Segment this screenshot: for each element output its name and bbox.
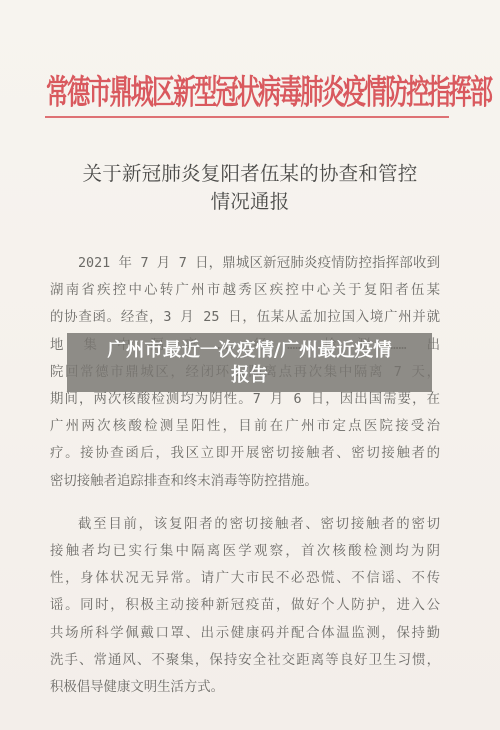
body-line: 谣。同时，积极主动接种新冠疫苗，做好个人防护，进入公 [50, 592, 440, 619]
body-line: 洗手、常通风、不聚集，保持安全社交距离等良好卫生习惯， [50, 647, 440, 674]
title-line-1: 关于新冠肺炎复阳者伍某的协查和管控 [50, 160, 450, 188]
caption-line-1: 广州市最近一次疫情/广州最近疫情 [67, 338, 432, 363]
caption-overlay: 广州市最近一次疫情/广州最近疫情 报告 [67, 333, 432, 392]
body-line: 共场所科学佩戴口罩、出示健康码并配合体温监测，保持勤 [50, 620, 440, 647]
masthead-divider [45, 116, 449, 118]
body-line: 密切接触者追踪排查和终末消毒等防控措施。 [50, 468, 440, 495]
paragraph-gap [50, 495, 440, 511]
body-line: 截至目前，该复阳者的密切接触者、密切接触者的密切 [50, 511, 440, 538]
document-masthead: 常德市鼎城区新型冠状病毒肺炎疫情防控指挥部 [46, 66, 450, 114]
document-page: 常德市鼎城区新型冠状病毒肺炎疫情防控指挥部 关于新冠肺炎复阳者伍某的协查和管控 … [0, 0, 500, 730]
title-line-2: 情况通报 [50, 188, 450, 216]
caption-line-2: 报告 [67, 363, 432, 388]
document-body: 2021 年 7 月 7 日，鼎城区新冠肺炎疫情防控指挥部收到 湖南省疾控中心转… [50, 250, 440, 701]
body-line: 湖南省疾控中心转广州市越秀区疾控中心关于复阳者伍某 [50, 277, 440, 304]
body-line: 积极倡导健康文明生活方式。 [50, 674, 440, 701]
document-title: 关于新冠肺炎复阳者伍某的协查和管控 情况通报 [50, 160, 450, 216]
body-line: 广州两次核酸检测呈阳性，目前在广州市定点医院接受治 [50, 413, 440, 440]
body-line: 疗。接协查函后，我区立即开展密切接触者、密切接触者的 [50, 440, 440, 467]
body-line: 性，身体状况无异常。请广大市民不必恐慌、不信谣、不传 [50, 565, 440, 592]
body-line: 2021 年 7 月 7 日，鼎城区新冠肺炎疫情防控指挥部收到 [50, 250, 440, 277]
body-line: 的协查函。经查，3 月 25 日，伍某从孟加拉国入境广州并就 [50, 304, 440, 331]
body-line: 接触者均已实行集中隔离医学观察，首次核酸检测均为阴 [50, 538, 440, 565]
